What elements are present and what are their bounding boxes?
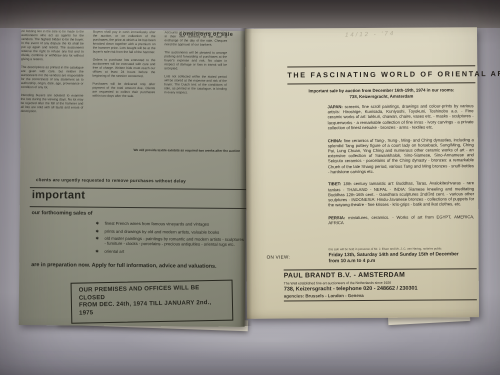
fine-print-column-3: Accounts of foreign buyers may be settle… <box>164 30 227 125</box>
sale-subtitle: Important sale by auction from December … <box>287 87 475 100</box>
list-item-text: old master paintings - paintings by roma… <box>104 236 245 247</box>
scanned-brochure-photo: conditions of sale All bidding lies in t… <box>0 0 500 375</box>
fine-print-note: We will provide textile exhibits as requ… <box>80 148 240 153</box>
bullet-icon: ✱ <box>96 221 101 226</box>
important-heading: important <box>32 189 86 201</box>
page-title: THE FASCINATING WORLD OF ORIENTAL ART <box>287 69 475 79</box>
divider <box>287 82 475 84</box>
right-page: 14/12 - '74 THE FASCINATING WORLD OF ORI… <box>245 27 479 319</box>
section-body: miniatures, ceramics. - Works of art fro… <box>328 214 474 225</box>
fine-print-column-1: All bidding lies in the sale to be made … <box>20 29 83 124</box>
section-china: CHINA: fine ceramics of Tang-, Sung-, Mi… <box>328 137 474 174</box>
list-item-text: oriental art <box>104 248 124 253</box>
section-body: 18th century lamaistic art: Buddhas, Tar… <box>328 181 474 208</box>
closed-notice-line2: FROM DEC. 24th, 1974 TILL JANUARY 2nd., … <box>79 300 227 318</box>
section-persia: PERSIA: miniatures, ceramics. - Works of… <box>328 214 474 225</box>
pencil-annotation: 14/12 - '74 <box>345 31 395 39</box>
conditions-fine-print: All bidding lies in the sale to be made … <box>20 29 227 125</box>
list-item-text: prints and drawings by old and modern ar… <box>105 228 220 234</box>
on-view-dates: Friday 13th, Saturday 14th and Sunday 15… <box>329 252 475 265</box>
divider <box>284 299 477 301</box>
background-top-shadow <box>0 0 500 28</box>
divider <box>287 65 475 67</box>
list-item: ✱ prints and drawings by old and modern … <box>96 228 246 234</box>
list-item: ✱ old master paintings - paintings by ro… <box>95 236 245 247</box>
section-body: fine ceramics of Tang-, Sung-, Ming- and… <box>328 137 474 174</box>
list-item: ✱ oriental art <box>95 248 245 254</box>
left-page: conditions of sale All bidding lies in t… <box>19 29 248 327</box>
bullet-icon: ✱ <box>96 228 101 233</box>
list-item-text: finest French wines from famous vineyard… <box>105 221 210 227</box>
bullet-icon: ✱ <box>95 248 100 253</box>
preparation-line: are in preparation now. Apply for full i… <box>31 262 239 270</box>
on-view-line2: from 10 a.m to 4 p.m <box>329 258 475 265</box>
on-view-label: ON VIEW: <box>267 255 291 260</box>
fine-print-column-2: Buyers shall pay in cash immediately aft… <box>92 30 155 125</box>
section-body: screens, fine scroll paintings, drawings… <box>328 103 474 130</box>
forthcoming-sales-intro: our forthcoming sales of <box>32 210 93 217</box>
bullet-icon: ✱ <box>95 236 100 246</box>
section-tibet: TIBET: 18th century lamaistic art: Buddh… <box>328 181 474 208</box>
page-gutter-shadow <box>240 28 252 326</box>
section-japan: JAPAN: screens, fine scroll paintings, d… <box>328 103 474 130</box>
divider <box>284 268 477 270</box>
catalogue-sections: JAPAN: screens, fine scroll paintings, d… <box>328 103 475 233</box>
auction-house-address: 738, Keizersgracht - telephone 020 - 248… <box>284 285 418 292</box>
auction-house-name: PAUL BRANDT B.V. - AMSTERDAM <box>284 272 405 280</box>
auction-house-agencies: agencies: Brussels - London - Geneva <box>284 292 364 298</box>
forthcoming-sales-list: ✱ finest French wines from famous vineya… <box>95 221 245 257</box>
list-item: ✱ finest French wines from famous vineya… <box>96 221 246 227</box>
closed-notice-box: OUR PREMISES AND OFFICES WILL BE CLOSED … <box>71 280 234 324</box>
notary-line: this sale will be held in presence of Mr… <box>329 246 475 251</box>
conditions-of-sale-header: conditions of sale <box>179 31 233 37</box>
clients-request-line: clients are urgently requested to remove… <box>36 177 186 183</box>
divider <box>30 206 264 209</box>
